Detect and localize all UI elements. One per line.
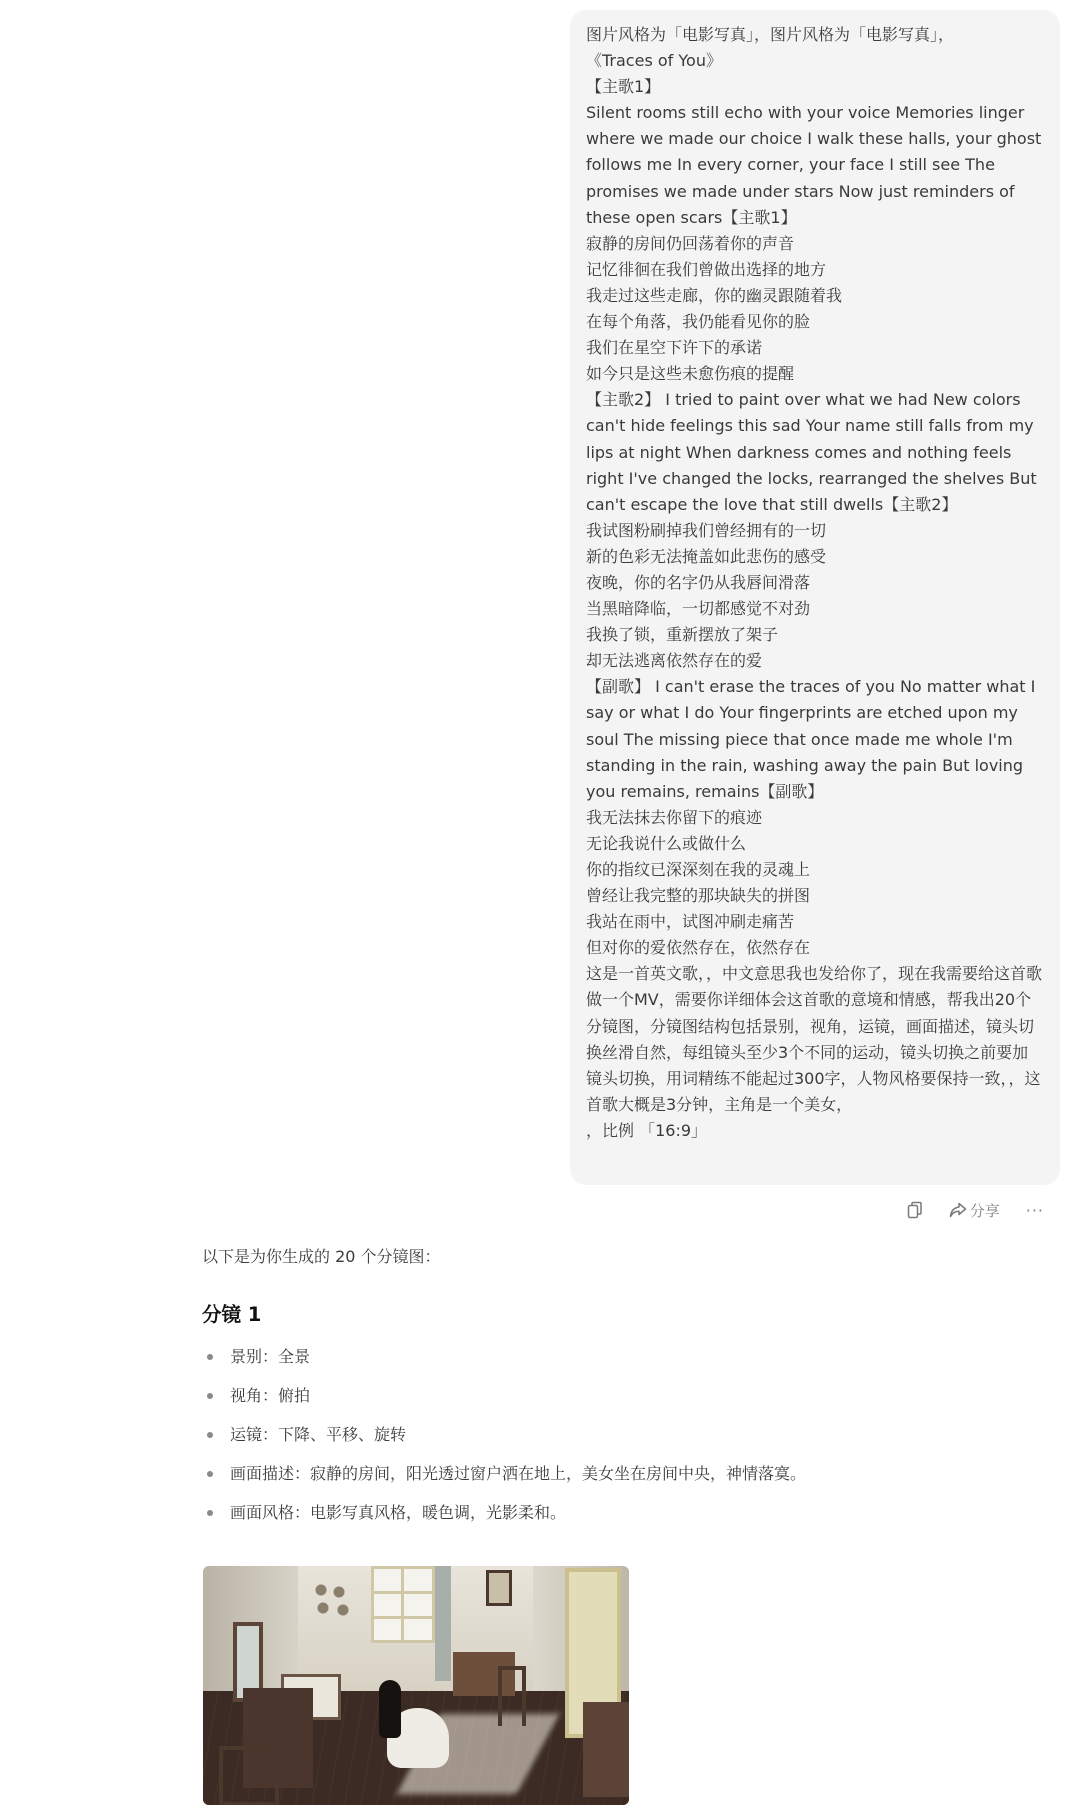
bullet-icon	[207, 1393, 213, 1399]
user-line: 新的色彩无法掩盖如此悲伤的感受	[586, 544, 1044, 570]
shot-detail-style: 画面风格：电影写真风格，暖色调，光影柔和。	[202, 1500, 1042, 1526]
image-picture-frames	[315, 1584, 365, 1620]
user-line: 《Traces of You》	[586, 48, 1044, 74]
user-line: 图片风格为「电影写真」，图片风格为「电影写真」，	[586, 22, 1044, 48]
user-line: 如今只是这些未愈伤痕的提醒	[586, 361, 1044, 387]
bullet-icon	[207, 1471, 213, 1477]
shot-detail-angle: 视角：俯拍	[202, 1383, 1042, 1409]
user-line: 你的指纹已深深刻在我的灵魂上	[586, 857, 1044, 883]
user-line: 当黑暗降临，一切都感觉不对劲	[586, 596, 1044, 622]
shot-detail-shot-size: 景别：全景	[202, 1344, 1042, 1370]
share-button[interactable]: 分享	[949, 1200, 1000, 1221]
user-line: 曾经让我完整的那块缺失的拼图	[586, 883, 1044, 909]
user-line: 但对你的爱依然存在，依然存在	[586, 935, 1044, 961]
image-picture-frame	[486, 1570, 512, 1606]
shot-details-list: 景别：全景 视角：俯拍 运镜：下降、平移、旋转 画面描述：寂静的房间，阳光透过窗…	[202, 1344, 1042, 1526]
user-line: 【副歌】 I can't erase the traces of you No …	[586, 674, 1044, 804]
user-line: 我换了锁，重新摆放了架子	[586, 622, 1044, 648]
user-line: Silent rooms still echo with your voice …	[586, 100, 1044, 230]
user-line: 寂静的房间仍回荡着你的声音	[586, 231, 1044, 257]
image-window	[371, 1566, 435, 1643]
assistant-response: 以下是为你生成的 20 个分镜图： 分镜 1 景别：全景 视角：俯拍 运镜：下降…	[202, 1244, 1042, 1539]
user-line: 【主歌2】 I tried to paint over what we had …	[586, 387, 1044, 517]
user-line: ，比例 「16:9」	[586, 1118, 1044, 1144]
shot-detail-text: 画面描述：寂静的房间，阳光透过窗户洒在地上，美女坐在房间中央，神情落寞。	[230, 1464, 806, 1483]
shot-detail-description: 画面描述：寂静的房间，阳光透过窗户洒在地上，美女坐在房间中央，神情落寞。	[202, 1461, 1042, 1487]
user-line: 记忆徘徊在我们曾做出选择的地方	[586, 257, 1044, 283]
message-actions: 分享 ···	[907, 1198, 1044, 1222]
image-woman-hair	[379, 1680, 401, 1738]
shot-detail-text: 景别：全景	[230, 1347, 310, 1366]
user-line: 我试图粉刷掉我们曾经拥有的一切	[586, 518, 1044, 544]
shot-detail-text: 画面风格：电影写真风格，暖色调，光影柔和。	[230, 1503, 566, 1522]
share-label: 分享	[970, 1200, 1000, 1221]
user-line: 我们在星空下许下的承诺	[586, 335, 1044, 361]
shot-1-image[interactable]	[203, 1566, 629, 1805]
image-curtain	[435, 1566, 451, 1681]
user-line: 我无法抹去你留下的痕迹	[586, 805, 1044, 831]
response-intro: 以下是为你生成的 20 个分镜图：	[202, 1244, 1042, 1270]
shot-detail-text: 视角：俯拍	[230, 1386, 310, 1405]
user-message-text: 图片风格为「电影写真」，图片风格为「电影写真」， 《Traces of You》…	[586, 22, 1044, 1144]
user-line: 却无法逃离依然存在的爱	[586, 648, 1044, 674]
share-icon	[949, 1202, 967, 1218]
user-line: 【主歌1】	[586, 74, 1044, 100]
user-line: 我站在雨中，试图冲刷走痛苦	[586, 909, 1044, 935]
user-line: 无论我说什么或做什么	[586, 831, 1044, 857]
copy-button[interactable]	[907, 1201, 923, 1219]
shot-detail-camera-move: 运镜：下降、平移、旋转	[202, 1422, 1042, 1448]
bullet-icon	[207, 1354, 213, 1360]
image-chair	[219, 1746, 279, 1805]
shot-title: 分镜 1	[202, 1300, 1042, 1330]
more-icon: ···	[1026, 1201, 1044, 1220]
user-message-bubble: 图片风格为「电影写真」，图片风格为「电影写真」， 《Traces of You》…	[570, 10, 1060, 1185]
user-line: 我走过这些走廊，你的幽灵跟随着我	[586, 283, 1044, 309]
bullet-icon	[207, 1432, 213, 1438]
copy-icon	[907, 1201, 923, 1219]
image-desk	[583, 1702, 629, 1797]
shot-detail-text: 运镜：下降、平移、旋转	[230, 1425, 406, 1444]
bullet-icon	[207, 1510, 213, 1516]
image-chair	[498, 1666, 526, 1726]
more-options-button[interactable]: ···	[1026, 1201, 1044, 1220]
user-line: 夜晚，你的名字仍从我唇间滑落	[586, 570, 1044, 596]
user-line: 在每个角落，我仍能看见你的脸	[586, 309, 1044, 335]
user-line: 这是一首英文歌，，中文意思我也发给你了，现在我需要给这首歌做一个MV，需要你详细…	[586, 961, 1044, 1118]
